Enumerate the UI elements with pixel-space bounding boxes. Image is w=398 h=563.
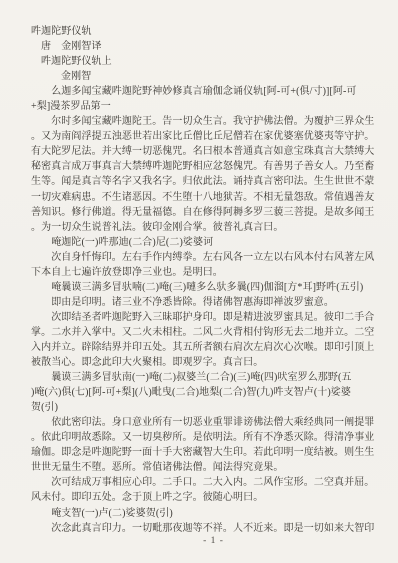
body-line: +梨]漫茶罗品第一	[31, 99, 396, 114]
body-line: 么迦多闻宝藏吽迦陀野神妙修真言瑜伽念诵仪轨[阿-可+(俱/寸)][阿-可	[31, 84, 396, 99]
body-line: 次可结成万事相应心印。二手口。二大入内。二风作宝形。二空真并屈。	[31, 475, 396, 490]
body-line: 善知识。修行佛道。得无量福德。自在修得阿耨多罗三藐三菩提。是故多闻王	[31, 205, 396, 220]
document-title: 吽迦陀野仪轨	[31, 24, 396, 39]
body-line: 被散当心。即念此印大火聚相。即观罗字。真言曰。	[31, 355, 396, 370]
body-line: 生等。闻是真言等名字又我名字。归依此法。诵持真言密印法。生生世世不蒙	[31, 174, 396, 189]
body-line: 有大陀罗尼法。并大缚一切恶傀咒。名曰根本普通真言如意宝珠真言大禁缚大	[31, 144, 396, 159]
body-line: )唵(六)俱(七)[阿-可+梨](八)毗曳(二合)地梨(二合)智(九)吽支智卢(…	[31, 385, 396, 400]
body-line: 。依此印明故悉除。又一切臭秽所。是依明法。所有不净悉灭除。得清净事业	[31, 430, 396, 445]
scanned-document-page: 吽迦陀野仪轨 唐 金刚智译 吽迦陀野仪轨上 金刚智 么迦多闻宝藏吽迦陀野神妙修真…	[0, 0, 398, 563]
body-line: 次自身忏悔印。左右手作内缚拳。左右风各一立左以右风本付右风著左风	[31, 250, 396, 265]
text-block: 吽迦陀野仪轨 唐 金刚智译 吽迦陀野仪轨上 金刚智 么迦多闻宝藏吽迦陀野神妙修真…	[31, 24, 396, 536]
body-line: 掌。二水并入掌中。又二火未相柱。二风二火背相付钩形无去二地并立。二空	[31, 325, 396, 340]
body-line: 唵曩谟三满多冒驮喃(二)唵(三)嗹多么驮多曩(四)伽溜[方*耳]野吽(五引)	[31, 280, 396, 295]
body-line: 唵支智(一)卢(二)娑婆贺(引)	[31, 506, 396, 521]
body-line: 下本自上七遍许放登即净三业也。是明曰。	[31, 265, 396, 280]
body-line: 世世无量生不堕。恶所。常值诸佛法僧。闻法得究竟果。	[31, 460, 396, 475]
chapter-title: 吽迦陀野仪轨上	[31, 54, 396, 69]
body-line: 风未付。即印五处。念于顶上吽之字。彼随心明曰。	[31, 490, 396, 505]
body-line: 秘密真言成万事真言大禁缚吽迦陀野相应忿怒傀咒。有善男子善女人。乃至畜	[31, 159, 396, 174]
body-line: 瑜伽。即念是吽迦陀野一面十手大密藏智大生印。若此印明一度结被。则生生	[31, 445, 396, 460]
body-line: 入内并立。辟除结界并印五处。其五所者额右肩次左肩次心次喉。即印引顶上	[31, 340, 396, 355]
body-line: 次念此真言印力。一切毗那夜迦等不祥。人不近来。即是一切如来大智印	[31, 521, 396, 536]
body-line: 。为一切众生说普礼法。彼印金刚合掌。彼普礼真言曰。	[31, 220, 396, 235]
body-line: 即由是印明。诸三业不净悉皆除。得诸佛智惠海即禅波罗蜜意。	[31, 295, 396, 310]
author-line: 金刚智	[31, 69, 396, 84]
page-number: - 1 -	[31, 536, 396, 546]
body-line: 唵迦陀(一)吽那迪(二合)尼(二)娑婆诃	[31, 235, 396, 250]
body-line: 贺(引)	[31, 400, 396, 415]
translator-line: 唐 金刚智译	[31, 39, 396, 54]
body-line: 次即结圣者吽迦陀野入三昧耶护身印。即是精进波罗蜜具足。彼印二手合	[31, 310, 396, 325]
body-line: 尔时多闻宝藏吽迦陀王。告一切众生言。我守护佛法僧。为覆护三界众生	[31, 114, 396, 129]
body-line: 依此密印法。身口意业所有一切恶业重罪诽谤佛法僧大乘经典同一阐提罪	[31, 415, 396, 430]
body-line: 。又为南阎浮提五浊恶世若出家比丘僧比丘尼僧若在家优婆塞优婆夷等守护。	[31, 129, 396, 144]
body-line: 一切灾难病患。不生诸恶因。不生堕十八地狱苦。不相无量怨敌。常值遇善友	[31, 190, 396, 205]
body-line: 曩谟三满多冒驮南(一)唵(二)叔婆兰(二合)(三)唵(四)吠室罗么那野(五	[31, 370, 396, 385]
